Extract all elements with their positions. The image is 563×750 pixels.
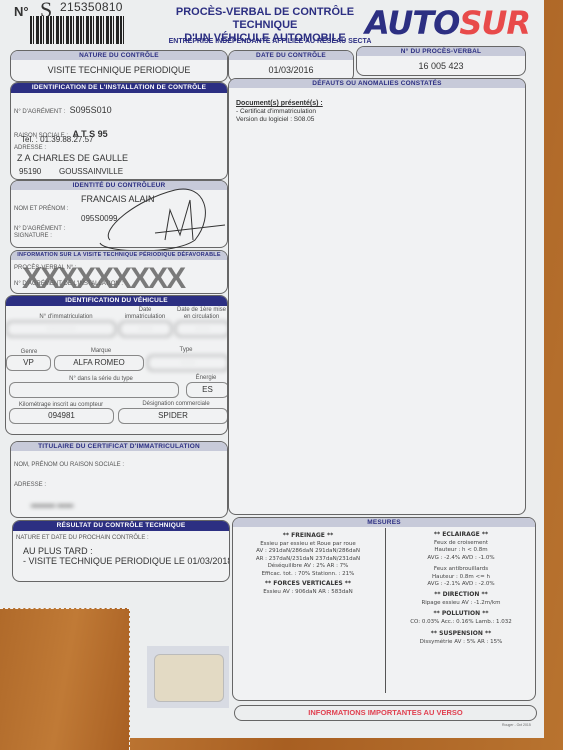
software-version: Version du logiciel : S08.05: [236, 116, 314, 123]
nature-controle-box: NATURE DU CONTRÔLE VISITE TECHNIQUE PERI…: [10, 50, 228, 82]
immat-label: N° d'immatriculation: [26, 314, 106, 321]
resultat-section: RÉSULTAT DU CONTRÔLE TECHNIQUE NATURE ET…: [12, 520, 230, 582]
serie-field: [9, 382, 179, 398]
titulaire-section: TITULAIRE DU CERTIFICAT D'IMMATRICULATIO…: [10, 441, 228, 518]
pv-number-label: N° DU PROCÈS-VERBAL: [357, 47, 525, 56]
titulaire-name-label: NOM, PRÉNOM OU RAISON SOCIALE :: [14, 462, 124, 468]
date-controle-value: 01/03/2016: [229, 65, 353, 75]
forces-verticales-block: ** FORCES VERTICALES ** Essieu AV : 906d…: [233, 580, 383, 596]
marque-field: ALFA ROMEO: [54, 355, 144, 371]
type-label: Type: [166, 347, 206, 354]
installation-city: GOUSSAINVILLE: [59, 167, 123, 176]
controleur-agrement-label: N° D'AGRÉMENT :: [14, 226, 65, 232]
km-field: 094981: [9, 408, 114, 424]
installation-agrement-label: N° D'AGRÉMENT :: [14, 109, 65, 115]
resultat-title: RÉSULTAT DU CONTRÔLE TECHNIQUE: [13, 521, 229, 531]
table-surface-cutout: [0, 608, 130, 750]
resultat-line1: AU PLUS TARD :: [23, 546, 93, 556]
controleur-name-label: NOM ET PRÉNOM :: [14, 206, 69, 212]
controleur-signature: [95, 185, 235, 255]
suspension-block: ** SUSPENSION ** Dissymétrie AV : 5% AR …: [386, 630, 536, 646]
eclairage-block: ** ECLAIRAGE ** Feux de croisement Haute…: [386, 531, 536, 589]
title-line-1: PROCÈS-VERBAL DE CONTRÔLE TECHNIQUE: [150, 6, 380, 32]
immat-field: · · · · · ·: [6, 321, 116, 337]
print-footnote: Rouger - Oct 2015: [502, 723, 531, 727]
titulaire-address-label: ADRESSE :: [14, 482, 46, 488]
installation-title: IDENTIFICATION DE L'INSTALLATION DE CONT…: [11, 83, 227, 93]
barcode: [30, 16, 126, 44]
designation-field: SPIDER: [118, 408, 228, 424]
defavorable-title: INFORMATION SUR LA VISITE TECHNIQUE PÉRI…: [11, 251, 227, 260]
report-number: 215350810: [60, 0, 123, 14]
installation-phone: Tel. : 01.39.88.27.57: [21, 135, 94, 144]
info-verso-banner: INFORMATIONS IMPORTANTES AU VERSO: [234, 705, 537, 721]
genre-field: VP: [6, 355, 51, 371]
freinage-block: ** FREINAGE ** Essieu par essieu et Roue…: [233, 532, 383, 578]
documents-heading: Document(s) présenté(s) :: [236, 100, 323, 107]
date-immat-field: · · ·: [119, 321, 172, 337]
crossed-out-mark: XXXXXXXXX: [22, 262, 184, 296]
titulaire-title: TITULAIRE DU CERTIFICAT D'IMMATRICULATIO…: [11, 442, 227, 451]
date-mise-field: · · ·: [175, 321, 228, 337]
stamp-window: [147, 646, 229, 708]
installation-postal-code: 95190: [19, 167, 41, 176]
nature-controle-value: VISITE TECHNIQUE PERIODIQUE: [11, 65, 227, 75]
report-number-label: N°: [14, 4, 29, 19]
autosur-logo: AUTOSUR: [365, 4, 530, 42]
installation-address-line1: Z A CHARLES DE GAULLE: [17, 153, 128, 163]
direction-block: ** DIRECTION ** Ripage essieu AV : -1.2m…: [386, 591, 536, 607]
installation-section: IDENTIFICATION DE L'INSTALLATION DE CONT…: [10, 82, 228, 180]
date-controle-label: DATE DU CONTRÔLE: [229, 51, 353, 60]
energie-field: ES: [186, 382, 228, 398]
date-mise-label: Date de 1ère mise en circulation: [174, 307, 228, 321]
next-control-date: - VISITE TECHNIQUE PERIODIQUE LE 01/03/2…: [23, 556, 230, 566]
installation-address-label: ADRESSE :: [14, 145, 46, 151]
defauts-section: DÉFAUTS OU ANOMALIES CONSTATÉS Document(…: [228, 78, 526, 515]
document-subtitle: ENTREPRISE INDÉPENDANTE AFFILIÉE AU RÉSE…: [160, 38, 380, 45]
pv-number-box: N° DU PROCÈS-VERBAL 16 005 423: [356, 46, 526, 76]
energie-label: Énergie: [191, 375, 221, 382]
pv-number-value: 16 005 423: [357, 61, 525, 71]
vehicule-title: IDENTIFICATION DU VÉHICULE: [6, 296, 227, 306]
defauts-title: DÉFAUTS OU ANOMALIES CONSTATÉS: [229, 79, 525, 88]
date-immat-label: Date immatriculation: [120, 307, 170, 321]
marque-label: Marque: [71, 348, 131, 355]
mesures-title: MESURES: [233, 518, 535, 527]
documents-item: - Certificat d'immatriculation: [236, 108, 316, 115]
resultat-label: NATURE ET DATE DU PROCHAIN CONTRÔLE :: [16, 535, 149, 541]
installation-agrement-value: S095S010: [70, 105, 112, 115]
type-field: · · ·: [147, 355, 228, 371]
signature-label: SIGNATURE :: [14, 233, 52, 239]
vehicule-section: IDENTIFICATION DU VÉHICULE N° d'immatric…: [5, 295, 228, 435]
designation-label: Désignation commerciale: [136, 401, 216, 408]
vignette-area: [154, 654, 224, 702]
mesures-section: MESURES ** FREINAGE ** Essieu par essieu…: [232, 517, 536, 701]
nature-controle-label: NATURE DU CONTRÔLE: [11, 51, 227, 60]
pollution-block: ** POLLUTION ** CO: 0.03% Acc.: 0.16% La…: [386, 610, 536, 626]
titulaire-address-redacted: ▬▬▬ ▬▬: [31, 500, 73, 509]
